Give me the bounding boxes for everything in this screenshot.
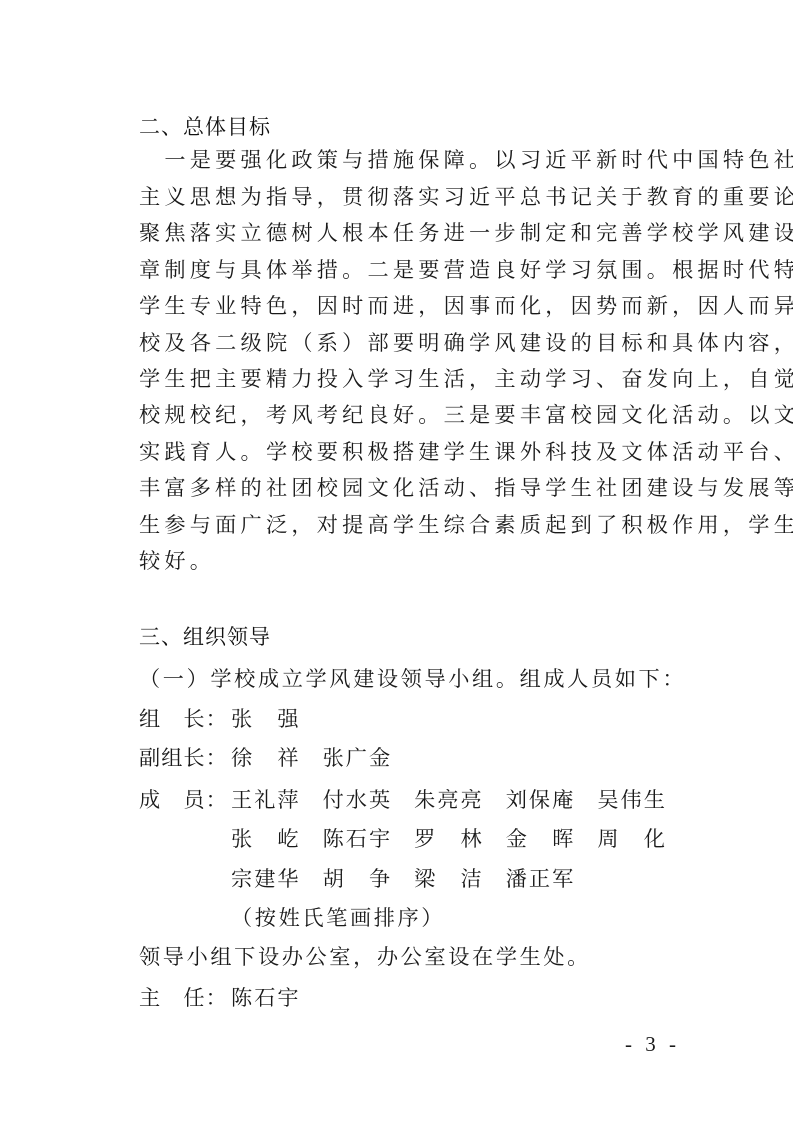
leader-name: 张 强 [231,706,301,732]
office-text: 领导小组下设办公室，办公室设在学生处。 [139,944,591,970]
member-name: 刘保庵 [506,787,576,813]
spacer [139,905,231,931]
members-row: 张 屹 陈石宇 罗 林 金 晖 周 化 [139,826,689,852]
paragraph-line: 章制度与具体举措。二是要营造良好学习氛围。根据时代特点与 [139,257,793,283]
members-row: 成 员： 王礼萍 付水英 朱亮亮 刘保庵 吴伟生 [139,787,689,813]
member-name: 潘正军 [506,866,576,892]
member-name: 王礼萍 [231,787,301,813]
director-name: 陈石宇 [231,985,301,1011]
director-label: 主 任： [139,985,231,1011]
leader-label: 组 长： [139,706,231,732]
member-name: 梁 洁 [414,866,484,892]
section-heading-goals: 二、总体目标 [139,114,271,140]
member-name: 宗建华 [231,866,301,892]
deputy-name: 张广金 [323,745,393,771]
member-name: 金 晖 [506,826,576,852]
deputy-row: 副组长： 徐 祥 张广金 [139,745,414,771]
paragraph-line: 实践育人。学校要积极搭建学生课外科技及文体活动平台、开展 [139,439,793,465]
member-name: 胡 争 [323,866,393,892]
paragraph-line: 较好。 [139,548,215,574]
paragraph-line: 生参与面广泛，对提高学生综合素质起到了积极作用，学生评价 [139,512,793,538]
paragraph-line: 聚焦落实立德树人根本任务进一步制定和完善学校学风建设的规 [139,220,793,246]
paragraph-line: 丰富多样的社团校园文化活动、指导学生社团建设与发展等。学 [139,475,793,501]
member-name: 张 屹 [231,826,301,852]
paragraph-line: 校及各二级院（系）部要明确学风建设的目标和具体内容，促使 [139,330,793,356]
page-number: - 3 - [625,1032,680,1057]
member-name: 罗 林 [414,826,484,852]
director-row: 主 任： 陈石宇 [139,985,323,1011]
member-name: 朱亮亮 [414,787,484,813]
members-note-row: （按姓氏笔画排序） [139,905,467,931]
member-name: 陈石宇 [323,826,393,852]
paragraph-line: 一是要强化政策与措施保障。以习近平新时代中国特色社会 [139,147,793,173]
member-name: 周 化 [597,826,667,852]
spacer [139,826,231,852]
deputy-name: 徐 祥 [231,745,301,771]
members-note: （按姓氏笔画排序） [231,905,445,931]
section-heading-organization: 三、组织领导 [139,624,271,650]
members-label: 成 员： [139,787,231,813]
deputy-label: 副组长： [139,745,231,771]
paragraph-line: 学生把主要精力投入学习生活，主动学习、奋发向上，自觉遵守 [139,366,793,392]
leader-row: 组 长： 张 强 [139,706,323,732]
member-name: 付水英 [323,787,393,813]
members-row: 宗建华 胡 争 梁 洁 潘正军 [139,866,597,892]
spacer [139,866,231,892]
sub-heading: （一）学校成立学风建设领导小组。组成人员如下： [139,666,686,692]
member-name: 吴伟生 [597,787,667,813]
paragraph-line: 学生专业特色，因时而进，因事而化，因势而新，因人而异。学 [139,293,793,319]
paragraph-line: 校规校纪，考风考纪良好。三是要丰富校园文化活动。以文化人， [139,402,793,428]
paragraph-line: 主义思想为指导，贯彻落实习近平总书记关于教育的重要论述， [139,184,793,210]
